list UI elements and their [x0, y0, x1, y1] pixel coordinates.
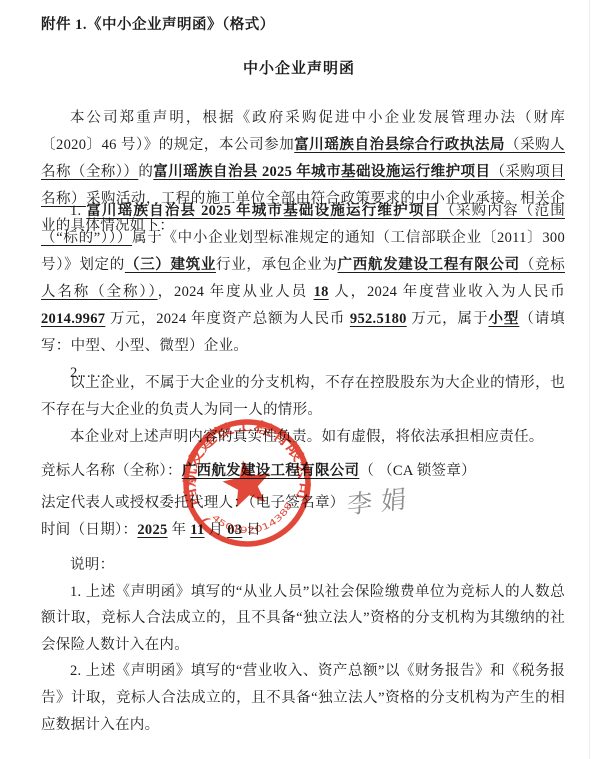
text-segment: 富川瑶族自治县综合行政执法局	[294, 137, 505, 153]
notes-section: 说明： 1. 上述《声明函》填写的“从业人员”以社会保险缴费单位为竞标人的人数总…	[41, 552, 565, 738]
text-segment: 年	[168, 522, 191, 538]
text-segment: 日	[242, 522, 261, 538]
statement-section: 以上企业，不属于大企业的分支机构，不存在控股股东为大企业的情形，也不存在与大企业…	[41, 370, 565, 451]
paragraph-no-branch: 以上企业，不属于大企业的分支机构，不存在控股股东为大企业的情形，也不存在与大企业…	[41, 370, 565, 424]
text-segment: 富川瑶族自治县 2025 年城市基础设施运行维护项目	[86, 203, 440, 219]
signature-section: 竞标人名称（全称）：广西航发建设工程有限公司（ （CA 锁签章） 法定代表人或授…	[41, 458, 565, 544]
text-segment: 万元，2024 年度资产总额为人民币	[105, 311, 350, 327]
page-edge-line	[589, 0, 590, 759]
text-segment: 广西航发建设工程有限公司	[182, 463, 360, 479]
text-segment: 03	[227, 522, 242, 538]
text-segment: 的	[138, 164, 153, 180]
text-segment: 竞标人名称（全称）：	[41, 463, 182, 479]
document-title: 中小企业声明函	[0, 57, 598, 78]
text-segment: 11	[190, 522, 204, 538]
text-segment: 18	[314, 284, 329, 300]
attachment-title: 附件 1.《中小企业声明函》（格式）	[41, 13, 275, 34]
paragraph-responsibility: 本企业对上述声明内容的真实性负责。如有虚假，将依法承担相应责任。	[41, 424, 565, 451]
date-line: 时间（日期）：2025 年 11 月 03 日	[41, 517, 565, 544]
text-segment: （ （CA 锁签章）	[359, 463, 476, 479]
item-1-text: 1. 富川瑶族自治县 2025 年城市基础设施运行维护项目（采购内容（范围（“标…	[41, 198, 565, 360]
text-segment: 952.5180	[350, 311, 407, 327]
legal-representative-label: 法定代表人或授权委托代理人：（电子签名章）	[41, 495, 345, 511]
notes-heading: 说明：	[41, 552, 565, 579]
bidder-name-line: 竞标人名称（全称）：广西航发建设工程有限公司（ （CA 锁签章）	[41, 458, 565, 485]
text-segment: 2025	[137, 522, 167, 538]
text-segment: （三）建筑业	[125, 257, 216, 273]
enterprise-detail-section: 1. 富川瑶族自治县 2025 年城市基础设施运行维护项目（采购内容（范围（“标…	[41, 198, 565, 387]
text-segment: 1.	[70, 203, 86, 219]
note-item-1: 1. 上述《声明函》填写的“从业人员”以社会保险缴费单位为竞标人的人数总额计取，…	[41, 579, 565, 659]
legal-representative-line: 法定代表人或授权委托代理人：（电子签名章）李娟	[41, 485, 565, 517]
text-segment: 富川瑶族自治县 2025 年城市基础设施运行维护项目	[153, 164, 490, 180]
text-segment: 人，2024 年度营业收入为人民币	[329, 284, 565, 300]
text-segment: ，2024 年度从业人员	[158, 284, 314, 300]
note-item-2: 2. 上述《声明函》填写的“营业收入、资产总额”以《财务报告》和《税务报告》计取…	[41, 658, 565, 738]
text-segment: 行业，承包企业为	[216, 257, 338, 273]
text-segment: 2014.9967	[41, 311, 105, 327]
text-segment: 时间（日期）：	[41, 522, 137, 538]
text-segment: 月	[205, 522, 228, 538]
text-segment: 万元，属于	[407, 311, 489, 327]
text-segment: 小型	[488, 311, 519, 327]
declaration-document-page: 附件 1.《中小企业声明函》（格式） 中小企业声明函 本公司郑重声明，根据《政府…	[0, 0, 598, 759]
text-segment: 广西航发建设工程有限公司	[338, 257, 520, 273]
handwritten-signature: 李娟	[346, 484, 415, 518]
